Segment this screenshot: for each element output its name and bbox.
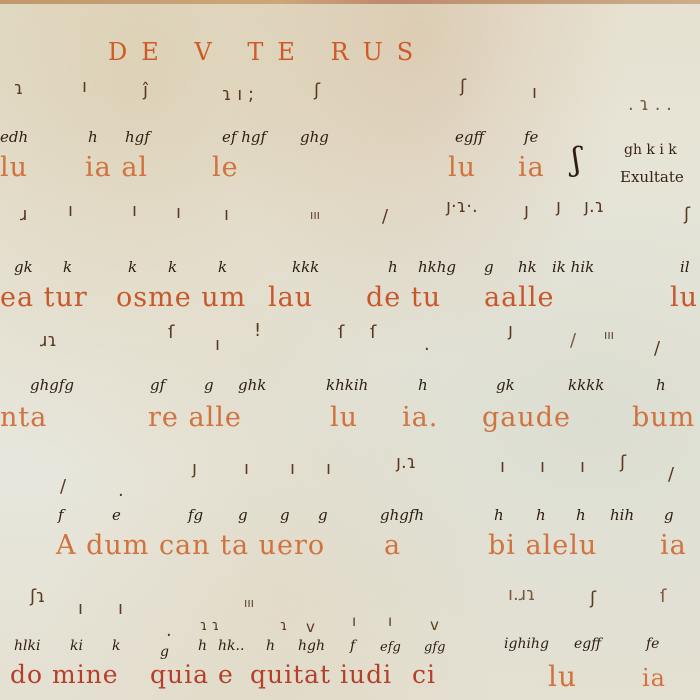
- neume: ı: [540, 456, 545, 477]
- neume: ſ: [338, 322, 344, 343]
- pitch-letters: g: [160, 644, 169, 660]
- neume: v: [430, 616, 439, 634]
- neume: ı: [78, 598, 83, 619]
- pitch-letters: gk: [14, 258, 33, 276]
- exultate-word: Exultate: [620, 168, 684, 186]
- lyric-text: nta: [0, 402, 47, 433]
- pitch-letters: g: [280, 506, 290, 524]
- neume: ı: [244, 458, 249, 479]
- lyric-text: gaude: [482, 402, 571, 433]
- pitch-letters: fe: [646, 636, 659, 652]
- pitch-letters: h: [536, 506, 546, 524]
- pitch-letters: h: [418, 376, 428, 394]
- lyric-text: re alle: [148, 402, 242, 433]
- neume: !: [254, 320, 261, 341]
- pitch-letters: hk..: [218, 638, 244, 654]
- neume: ſ: [370, 322, 376, 343]
- pitch-letters: h: [198, 638, 207, 654]
- neume: ı.ɹɿ: [508, 584, 536, 605]
- lyric-text: lu: [670, 282, 698, 313]
- lyric-text: osme um: [116, 282, 246, 313]
- pitch-letters: h: [494, 506, 504, 524]
- lyric-text: a: [384, 530, 401, 561]
- lyric-text: ia: [518, 152, 545, 183]
- lyric-text: quitat: [250, 660, 331, 689]
- title-rubric: DE V TE RUS: [108, 38, 427, 66]
- pitch-letters: ghgfg: [30, 376, 74, 394]
- pitch-letters: f: [58, 506, 64, 524]
- manuscript-page: DE V TE RUS ɿ ı ȷ̂ ɿ ı ; ʃ ʃ ı . ɿ . . e…: [0, 0, 700, 700]
- pitch-letters: ghk: [238, 376, 266, 394]
- pitch-letters: ki: [70, 638, 83, 654]
- pitch-letters: gf: [150, 376, 165, 394]
- neume: ʃ: [684, 204, 690, 225]
- pitch-letters: kkkk: [568, 376, 604, 394]
- pitch-letters: h: [656, 376, 666, 394]
- neume: ɿ ı ;: [222, 84, 254, 105]
- pitch-letters: h: [576, 506, 586, 524]
- lyric-text: ia: [660, 530, 687, 561]
- pitch-letters: hgh: [298, 638, 325, 654]
- lyric-text: do mine: [10, 660, 119, 689]
- neume: ɿ: [280, 618, 287, 634]
- neume: /: [382, 206, 388, 227]
- neume: /: [570, 330, 576, 351]
- lyric-text: iudi: [340, 660, 392, 689]
- pitch-letters: k: [168, 258, 177, 276]
- neume: .: [166, 620, 172, 641]
- pitch-letters: egff: [455, 128, 484, 146]
- neume: ııı: [604, 328, 614, 342]
- neume: ı: [82, 76, 87, 97]
- neume: ı: [326, 458, 331, 479]
- lyric-text: bum: [632, 402, 695, 433]
- neume: ı: [388, 612, 392, 630]
- neume: .: [118, 480, 124, 501]
- neume: /: [668, 464, 674, 485]
- pitch-letters: gh k i k: [624, 142, 677, 158]
- neume: ı: [532, 82, 537, 103]
- pitch-letters: gfg: [424, 640, 445, 655]
- lyric-text: le: [212, 152, 239, 183]
- pitch-letters: h: [88, 128, 98, 146]
- pitch-letters: egff: [574, 636, 601, 652]
- pitch-letters: fe: [524, 128, 538, 146]
- neume: ı: [132, 200, 137, 221]
- neume: ı: [500, 456, 505, 477]
- neume: ɹ: [20, 204, 27, 225]
- pitch-letters: gk: [496, 376, 515, 394]
- pitch-letters: kkk: [292, 258, 319, 276]
- neume: ʃ: [460, 76, 466, 97]
- pitch-letters: e: [112, 506, 121, 524]
- initial-letter: ʃ: [572, 140, 581, 178]
- neume: ȷ·ɿ·.: [446, 196, 478, 217]
- pitch-letters: edh: [0, 128, 28, 146]
- lyric-text: ci: [412, 660, 436, 689]
- lyric-text: ia: [642, 664, 666, 692]
- pitch-letters: g: [204, 376, 214, 394]
- lyric-text: quia e: [150, 660, 234, 689]
- neume: ı: [215, 334, 220, 355]
- pitch-letters: k: [112, 638, 120, 654]
- neume: ı: [176, 202, 181, 223]
- pitch-letters: k: [128, 258, 137, 276]
- pitch-letters: hlki: [14, 638, 40, 654]
- neume: ı: [118, 598, 123, 619]
- lyric-text: lu: [330, 402, 358, 433]
- lyric-text: lu: [448, 152, 476, 183]
- pitch-letters: hkhg: [418, 258, 456, 276]
- neume: ı: [580, 456, 585, 477]
- neume: ɿ ɿ: [200, 618, 219, 634]
- neume: ı: [352, 612, 356, 630]
- neume: ɿ: [14, 78, 24, 99]
- pitch-letters: ghgfh: [380, 506, 424, 524]
- pitch-letters: g: [318, 506, 328, 524]
- pitch-letters: ik hik: [552, 258, 594, 276]
- pitch-letters: g: [238, 506, 248, 524]
- neume: /: [654, 338, 660, 359]
- page-edge: [0, 0, 700, 4]
- neume: ʃ: [620, 452, 626, 473]
- pitch-letters: h: [388, 258, 398, 276]
- neume: ı: [224, 204, 229, 225]
- pitch-letters: f: [350, 638, 355, 654]
- pitch-letters: hgf: [125, 128, 150, 146]
- pitch-letters: g: [664, 506, 674, 524]
- neume: ʃɿ: [30, 586, 46, 607]
- pitch-letters: g: [484, 258, 494, 276]
- neume: .: [424, 334, 430, 355]
- pitch-letters: il: [680, 258, 690, 276]
- neume: v: [306, 618, 315, 636]
- pitch-letters: hih: [610, 506, 634, 524]
- neume: ııı: [310, 208, 320, 222]
- pitch-letters: ghg: [300, 128, 329, 146]
- pitch-letters: k: [63, 258, 72, 276]
- neume: . ɿ . .: [628, 94, 672, 115]
- lyric-text: ia.: [402, 402, 438, 433]
- lyric-text: A dum can ta uero: [56, 530, 325, 561]
- neume: ȷ.ɿ: [396, 452, 416, 473]
- pitch-letters: k: [218, 258, 227, 276]
- lyric-text: lau: [268, 282, 313, 313]
- pitch-letters: h: [266, 638, 275, 654]
- pitch-letters: hk: [518, 258, 537, 276]
- lyric-text: aalle: [484, 282, 554, 313]
- neume: ɹɿ: [40, 330, 57, 351]
- lyric-text: ea tur: [0, 282, 88, 313]
- neume: ʃ: [314, 80, 320, 101]
- pitch-letters: fg: [188, 506, 203, 524]
- neume: ȷ: [556, 196, 561, 217]
- neume: ȷ: [524, 200, 529, 221]
- lyric-text: lu: [0, 152, 28, 183]
- neume: ʃ: [590, 588, 596, 609]
- lyric-text: de tu: [366, 282, 441, 313]
- lyric-text: lu: [548, 660, 577, 693]
- neume: /: [60, 476, 66, 497]
- neume: ſ: [168, 322, 174, 343]
- pitch-letters: ighihg: [504, 636, 549, 652]
- neume: ȷ.ɿ: [584, 196, 604, 217]
- neume: ſ: [660, 586, 666, 607]
- lyric-text: bi alelu: [488, 530, 597, 561]
- pitch-letters: ef hgf: [222, 128, 266, 146]
- pitch-letters: khkih: [326, 376, 368, 394]
- neume: ı: [290, 458, 295, 479]
- neume: ı: [68, 200, 73, 221]
- neume: ııı: [244, 596, 254, 610]
- neume: ȷ: [192, 458, 197, 479]
- pitch-letters: efg: [380, 640, 401, 655]
- neume: ȷ̂: [143, 80, 148, 101]
- neume: ȷ: [508, 320, 513, 341]
- lyric-text: ia al: [85, 152, 148, 183]
